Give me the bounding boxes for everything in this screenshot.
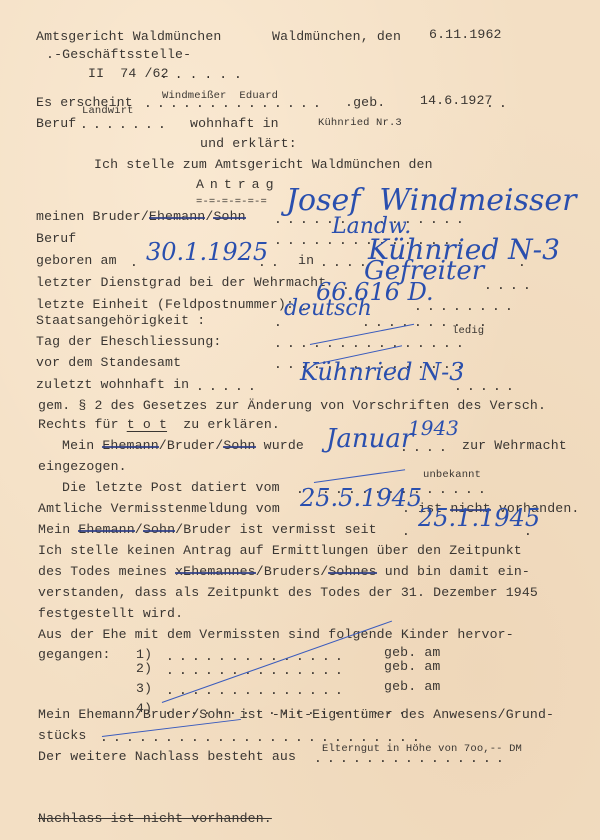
appearing-person-occupation: Landwirt bbox=[82, 106, 134, 117]
struck-ehemann: Ehemann bbox=[149, 209, 205, 224]
marital-status-note: ledig bbox=[452, 326, 484, 337]
dot-leader: .... bbox=[400, 441, 452, 454]
conscription-line2: eingezogen. bbox=[38, 460, 127, 473]
property-line2: stücks bbox=[38, 729, 86, 742]
children-intro: Aus der Ehe mit dem Vermissten sind folg… bbox=[38, 628, 514, 641]
child-born-label: geb. am bbox=[384, 680, 440, 693]
dot-leader: .. bbox=[258, 256, 284, 269]
court-name: Amtsgericht Waldmünchen bbox=[36, 30, 221, 43]
dot-leader: ............... bbox=[274, 337, 469, 350]
children-label: gegangen: bbox=[38, 648, 111, 661]
dot-leader: ...... bbox=[160, 68, 249, 81]
no-estate-struck: Nachlass ist nicht vorhanden. bbox=[38, 812, 272, 825]
dot-leader: ..... bbox=[196, 380, 261, 393]
residence-label: wohnhaft in bbox=[190, 117, 279, 130]
child-born-label: geb. am bbox=[384, 646, 440, 659]
relation-label: meinen Bruder/Ehemann/Sohn bbox=[36, 210, 246, 223]
missing-since-label: Mein Ehemann/Sohn/Bruder ist vermisst se… bbox=[38, 523, 377, 536]
no-inquiry-line2: des Todes meines xEhemannes/Bruders/Sohn… bbox=[38, 565, 530, 578]
child-born-label: geb. am bbox=[384, 660, 440, 673]
child-number: 2) bbox=[136, 662, 152, 675]
conscription-tail: zur Wehrmacht bbox=[462, 439, 567, 452]
last-post-label: Die letzte Post datiert vom bbox=[62, 481, 280, 494]
unit-label: letzte Einheit (Feldpostnummer): bbox=[36, 298, 294, 311]
legal-basis-line1: gem. § 2 des Gesetzes zur Änderung von V… bbox=[38, 399, 546, 412]
no-inquiry-line3: verstanden, dass als Zeitpunkt des Todes… bbox=[38, 586, 538, 599]
dot-leader: ....... bbox=[80, 118, 171, 131]
no-inquiry-line1: Ich stelle keinen Antrag auf Ermittlunge… bbox=[38, 544, 522, 557]
missing-person-last-residence: Kühnried N-3 bbox=[300, 360, 465, 384]
dot-leader: .. bbox=[486, 97, 512, 110]
conscription-line: Mein Ehemann/Bruder/Sohn wurde bbox=[62, 439, 304, 452]
rank-label: letzter Dienstgrad bei der Wehrmacht bbox=[36, 276, 326, 289]
citizenship-label: Staatsangehörigkeit : bbox=[36, 314, 205, 327]
dot-leader: .............. bbox=[166, 664, 348, 677]
office-name: .-Geschäftsstelle- bbox=[46, 48, 191, 61]
missing-occupation-label: Beruf bbox=[36, 232, 76, 245]
estate-value: Elterngut in Höhe von 7oo,-- DM bbox=[322, 744, 522, 755]
child-number: 3) bbox=[136, 682, 152, 695]
missing-report-label: Amtliche Vermisstenmeldung vom bbox=[38, 502, 280, 515]
missing-since-date: 25.1.1945 bbox=[418, 506, 540, 530]
occupation-label: Beruf bbox=[36, 117, 76, 130]
last-residence-label: zuletzt wohnhaft in bbox=[36, 378, 189, 391]
dot-leader: .............. bbox=[144, 97, 326, 110]
document-title: Antrag bbox=[196, 178, 279, 191]
missing-person-name: Josef Windmeisser bbox=[286, 186, 577, 216]
title-underline: =-=-=-=-=-= bbox=[196, 197, 267, 208]
place-date-label: Waldmünchen, den bbox=[272, 30, 401, 43]
legal-basis-line2: Rechts für t o t zu erklären. bbox=[38, 418, 280, 431]
property-line1: Mein Ehemann/Bruder/Sohn ist -Mit-Eigent… bbox=[38, 708, 554, 721]
registry-office-label: vor dem Standesamt bbox=[36, 356, 181, 369]
last-post-value: unbekannt bbox=[423, 470, 481, 481]
born-label: .geb. bbox=[345, 96, 385, 109]
dot-leader: .... bbox=[484, 279, 536, 292]
missing-person-birthdate: 30.1.1925 bbox=[146, 240, 268, 264]
dot-leader: ..... bbox=[454, 380, 519, 393]
declared-dead-word: t o t bbox=[127, 417, 167, 432]
dot-leader: ........ bbox=[414, 300, 518, 313]
child-number: 1) bbox=[136, 648, 152, 661]
birthdate-label: geboren am bbox=[36, 254, 117, 267]
intro-sentence: Ich stelle zum Amtsgericht Waldmünchen d… bbox=[94, 158, 433, 171]
no-inquiry-line4: festgestellt wird. bbox=[38, 607, 183, 620]
missing-person-citizenship: deutsch bbox=[284, 298, 372, 320]
marriage-label: Tag der Eheschliessung: bbox=[36, 335, 221, 348]
declares-label: und erklärt: bbox=[200, 137, 297, 150]
dot-leader: .............. bbox=[166, 650, 348, 663]
document-date: 6.11.1962 bbox=[429, 28, 502, 41]
appearing-person-birthdate: 14.6.1927 bbox=[420, 94, 493, 107]
file-number: II 74 /62 bbox=[88, 67, 169, 80]
dot-leader: . bbox=[402, 525, 415, 538]
conscription-year: 1943 bbox=[408, 418, 459, 438]
struck-sohn: Sohn bbox=[213, 209, 245, 224]
birthplace-label: in bbox=[298, 254, 314, 267]
dot-leader: . bbox=[130, 256, 143, 269]
dot-leader: . bbox=[518, 256, 531, 269]
dot-leader: . bbox=[524, 525, 537, 538]
appearing-person-residence: Kühnried Nr.3 bbox=[318, 118, 402, 129]
estate-label: Der weitere Nachlass besteht aus bbox=[38, 750, 296, 763]
